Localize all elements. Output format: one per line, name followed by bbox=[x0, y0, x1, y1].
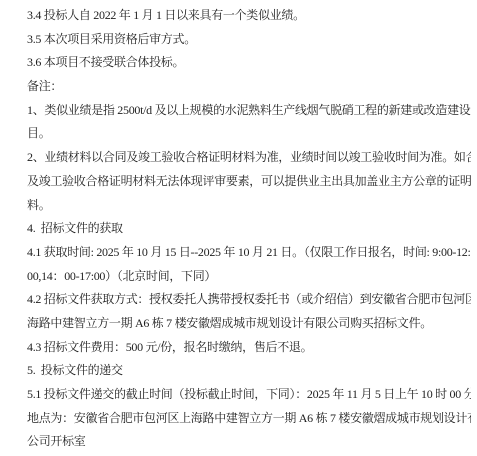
text-line-note2-record-materials: 2、业绩材料以合同及竣工验收合格证明材料为准，业绩时间以竣工验收时间为准。如合同 bbox=[27, 146, 471, 170]
text-line-acquisition-method-continuation: 海路中建智立方一期 A6 栋 7 楼安徽熠成城市规划设计有限公司购买招标文件。 bbox=[27, 312, 471, 336]
text-line-acquisition-method: 4.2 招标文件获取方式：授权委托人携带授权委托书（或介绍信）到安徽省合肥市包河… bbox=[27, 288, 471, 312]
text-line-submission-location-end: 公司开标室 bbox=[27, 430, 471, 454]
text-line-note2-continuation: 及竣工验收合格证明材料无法体现评审要素，可以提供业主出具加盖业主方公章的证明材 bbox=[27, 170, 471, 194]
text-line-submission-location: 地点为：安徽省合肥市包河区上海路中建智立方一期 A6 栋 7 楼安徽熠成城市规划… bbox=[27, 407, 471, 431]
text-line-document-fee: 4.3 招标文件费用：500 元/份，报名时缴纳，售后不退。 bbox=[27, 336, 471, 360]
text-line-note1-similar-record-definition: 1、类似业绩是指 2500t/d 及以上规模的水泥熟料生产线烟气脱硝工程的新建或… bbox=[27, 99, 471, 123]
document-page: 3.4 投标人自 2022 年 1 月 1 日以来具有一个类似业绩。 3.5 本… bbox=[0, 0, 477, 456]
text-line-submission-deadline: 5.1 投标文件递交的截止时间（投标截止时间，下同）：2025 年 11 月 5… bbox=[27, 383, 471, 407]
text-line-acquisition-time: 4.1 获取时间: 2025 年 10 月 15 日--2025 年 10 月 … bbox=[27, 241, 471, 265]
text-line-remarks-heading: 备注： bbox=[27, 75, 471, 99]
text-line-no-consortium-bids: 3.6 本项目不接受联合体投标。 bbox=[27, 51, 471, 75]
section-heading-bid-submission: 5. 投标文件的递交 bbox=[27, 359, 471, 383]
text-line-note1-continuation: 目。 bbox=[27, 122, 471, 146]
text-line-acquisition-time-continuation: 00,14：00-17:00）（北京时间，下同） bbox=[27, 265, 471, 289]
text-line-qualification-review-method: 3.5 本次项目采用资格后审方式。 bbox=[27, 28, 471, 52]
text-line-note2-end: 料。 bbox=[27, 194, 471, 218]
text-line-bidder-similar-record: 3.4 投标人自 2022 年 1 月 1 日以来具有一个类似业绩。 bbox=[27, 4, 471, 28]
section-heading-document-acquisition: 4. 招标文件的获取 bbox=[27, 217, 471, 241]
